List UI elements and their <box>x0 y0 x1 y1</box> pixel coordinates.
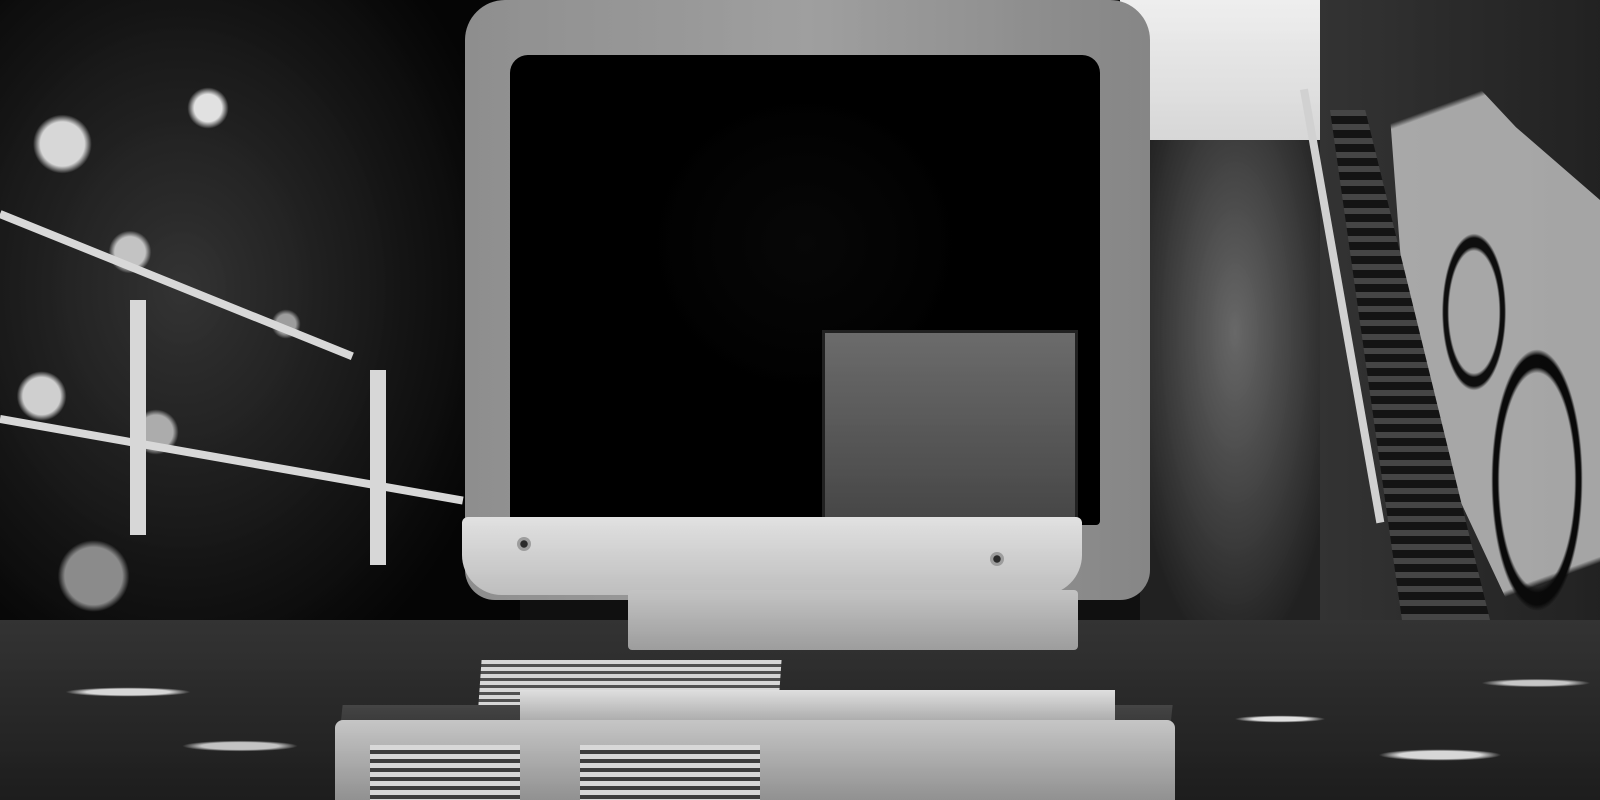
sky <box>1120 0 1320 140</box>
screw <box>517 537 531 551</box>
monitor-bezel <box>462 517 1082 595</box>
fence-post <box>370 370 386 565</box>
base-vent <box>580 745 760 800</box>
photo-scene <box>0 0 1600 800</box>
base-rail <box>520 690 1115 720</box>
glass-pane <box>822 330 1078 531</box>
foliage <box>0 0 520 720</box>
hedge <box>1140 140 1330 620</box>
base-vent <box>370 745 520 800</box>
fence-post <box>130 300 146 535</box>
screw <box>990 552 1004 566</box>
monitor-neck <box>628 590 1078 650</box>
